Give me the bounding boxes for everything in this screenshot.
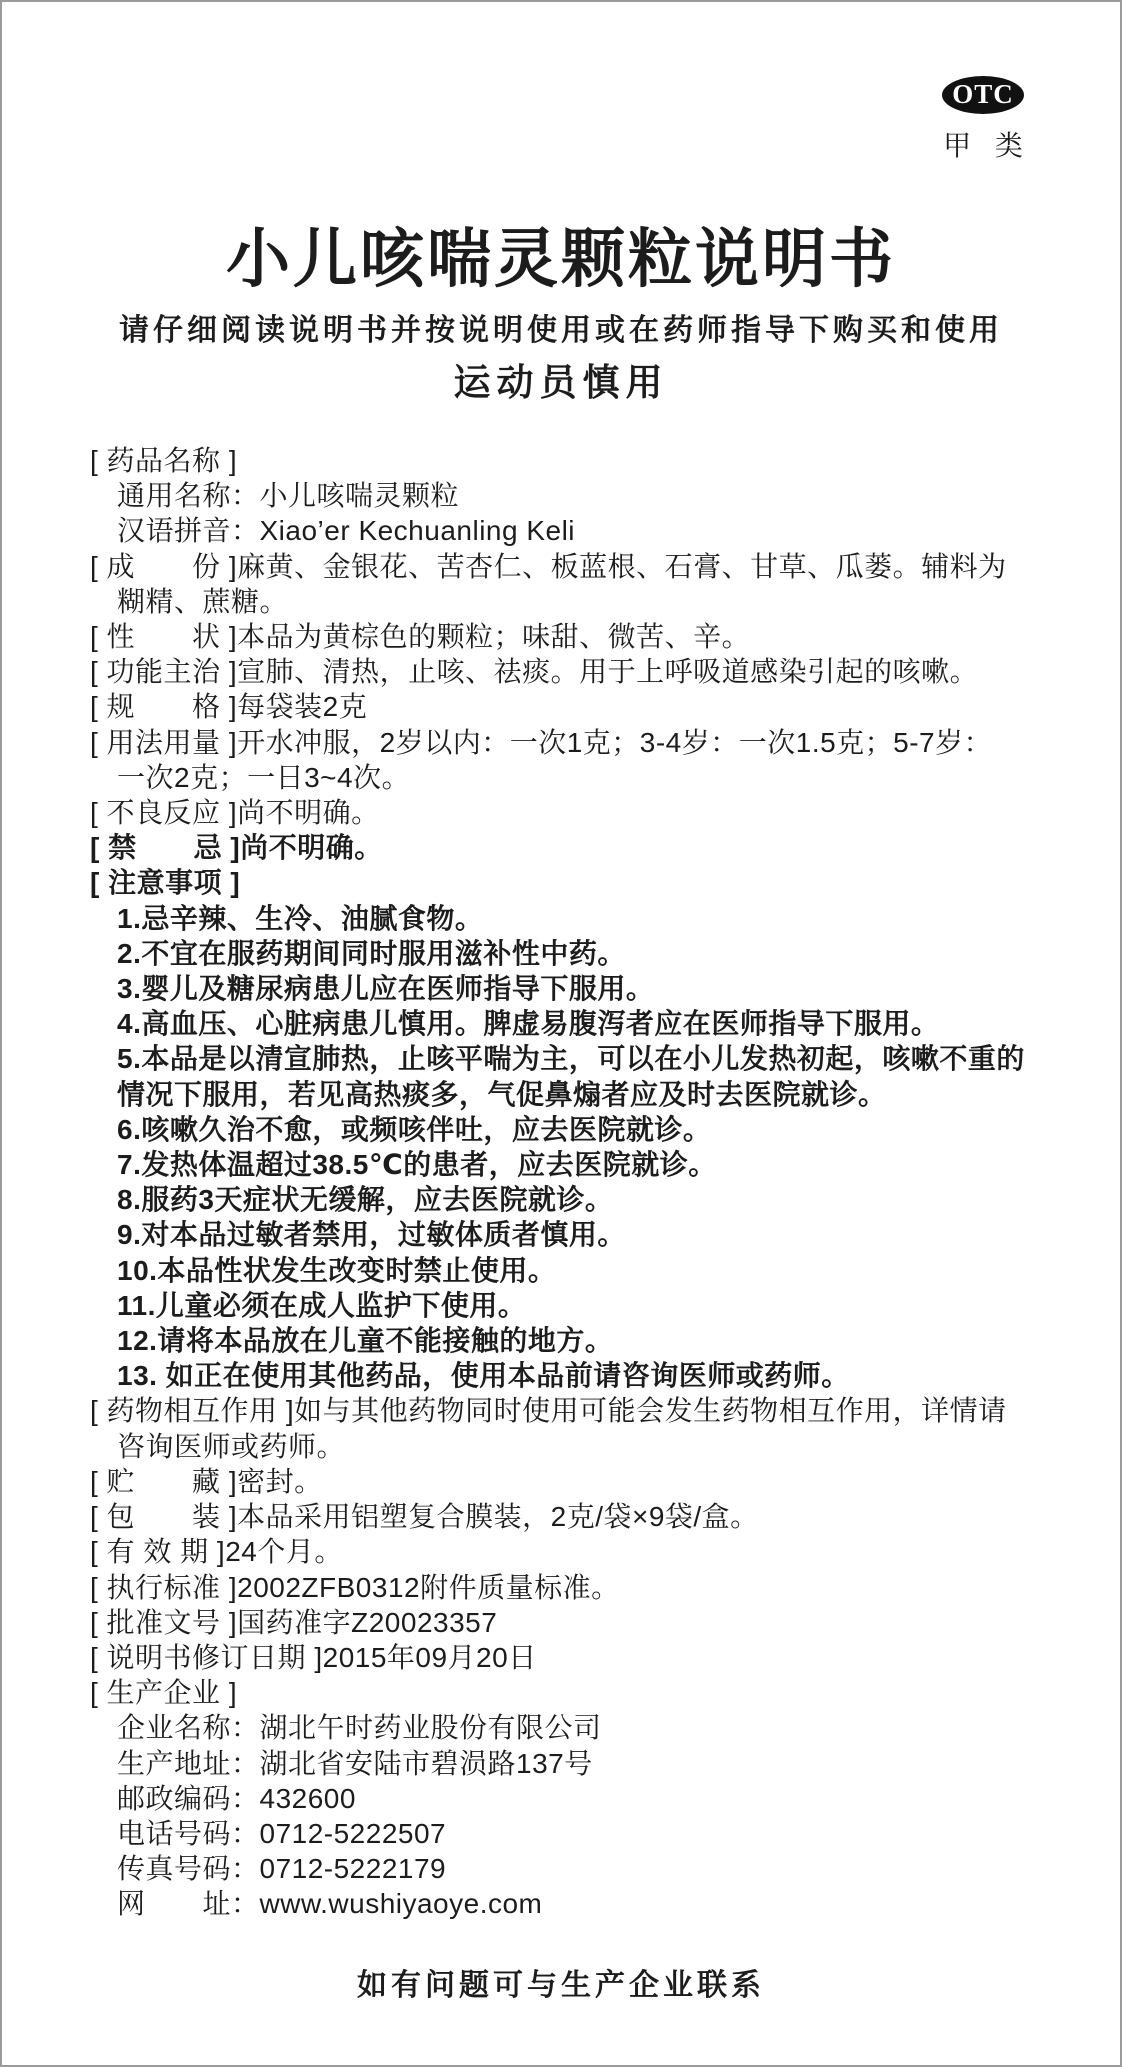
insert-line: [ 批准文号 ]国药准字Z20023357	[90, 1605, 1042, 1640]
insert-line: 咨询医师或药师。	[90, 1429, 1042, 1464]
section-label: [ 性 状 ]	[90, 621, 237, 652]
line-text: 生产地址：湖北省安陆市碧涢路137号	[117, 1748, 593, 1779]
line-text: 6.咳嗽久治不愈，或频咳伴吐，应去医院就诊。	[117, 1114, 711, 1145]
line-text: 7.发热体温超过38.5℃的患者，应去医院就诊。	[117, 1149, 717, 1180]
insert-line: 企业名称：湖北午时药业股份有限公司	[90, 1710, 1042, 1745]
insert-line: 3.婴儿及糖尿病患儿应在医师指导下服用。	[90, 971, 1042, 1006]
insert-line: 电话号码：0712-5222507	[90, 1816, 1042, 1851]
line-text: 传真号码：0712-5222179	[117, 1853, 446, 1884]
section-label: [ 生产企业 ]	[90, 1677, 237, 1708]
section-label: [ 不良反应 ]	[90, 797, 237, 828]
line-text: 电话号码：0712-5222507	[117, 1818, 446, 1849]
line-text: 咨询医师或药师。	[117, 1431, 345, 1462]
insert-line: [ 不良反应 ]尚不明确。	[90, 795, 1042, 830]
insert-line: [ 禁 忌 ]尚不明确。	[90, 830, 1042, 865]
page-title: 小儿咳喘灵颗粒说明书	[2, 208, 1120, 300]
line-text: 13. 如正在使用其他药品，使用本品前请咨询医师或药师。	[117, 1360, 850, 1391]
insert-line: [ 执行标准 ]2002ZFB0312附件质量标准。	[90, 1570, 1042, 1605]
insert-line: 2.不宜在服药期间同时服用滋补性中药。	[90, 936, 1042, 971]
insert-line: 5.本品是以清宣肺热，止咳平喘为主，可以在小儿发热初起，咳嗽不重的	[90, 1041, 1042, 1076]
line-text: 邮政编码：432600	[117, 1783, 356, 1814]
line-text: 1.忌辛辣、生冷、油腻食物。	[117, 903, 483, 934]
footer-note: 如有问题可与生产企业联系	[2, 1960, 1120, 2004]
line-text: 麻黄、金银花、苦杏仁、板蓝根、石膏、甘草、瓜蒌。辅料为	[237, 551, 1007, 582]
section-label: [ 禁 忌 ]	[90, 832, 240, 863]
line-text: 2002ZFB0312附件质量标准。	[237, 1572, 619, 1603]
line-text: 2.不宜在服药期间同时服用滋补性中药。	[117, 938, 626, 969]
insert-line: [ 用法用量 ]开水冲服，2岁以内：一次1克；3-4岁：一次1.5克；5-7岁：	[90, 725, 1042, 760]
section-label: [ 规 格 ]	[90, 691, 237, 722]
section-label: [ 贮 藏 ]	[90, 1466, 237, 1497]
section-label: [ 药品名称 ]	[90, 445, 237, 476]
insert-body: [ 药品名称 ]通用名称：小儿咳喘灵颗粒汉语拼音：Xiao’er Kechuan…	[90, 443, 1042, 1922]
line-text: 通用名称：小儿咳喘灵颗粒	[117, 480, 459, 511]
insert-line: [ 功能主治 ]宣肺、清热，止咳、祛痰。用于上呼吸道感染引起的咳嗽。	[90, 654, 1042, 689]
insert-line: 糊精、蔗糖。	[90, 584, 1042, 619]
insert-line: 13. 如正在使用其他药品，使用本品前请咨询医师或药师。	[90, 1358, 1042, 1393]
otc-block: OTC 甲 类	[928, 76, 1038, 164]
insert-line: [ 贮 藏 ]密封。	[90, 1464, 1042, 1499]
insert-line: 一次2克；一日3~4次。	[90, 760, 1042, 795]
insert-line: 9.对本品过敏者禁用，过敏体质者慎用。	[90, 1217, 1042, 1252]
line-text: 11.儿童必须在成人监护下使用。	[117, 1290, 526, 1321]
insert-line: [ 包 装 ]本品采用铝塑复合膜装，2克/袋×9袋/盒。	[90, 1499, 1042, 1534]
line-text: 本品为黄棕色的颗粒；味甜、微苦、辛。	[237, 621, 750, 652]
line-text: 国药准字Z20023357	[237, 1607, 497, 1638]
insert-line: [ 成 份 ]麻黄、金银花、苦杏仁、板蓝根、石膏、甘草、瓜蒌。辅料为	[90, 549, 1042, 584]
insert-line: [ 有 效 期 ]24个月。	[90, 1534, 1042, 1569]
section-label: [ 包 装 ]	[90, 1501, 237, 1532]
line-text: 4.高血压、心脏病患儿慎用。脾虚易腹泻者应在医师指导下服用。	[117, 1008, 939, 1039]
line-text: 一次2克；一日3~4次。	[117, 762, 410, 793]
otc-badge: OTC	[942, 76, 1024, 114]
insert-line: 8.服药3天症状无缓解，应去医院就诊。	[90, 1182, 1042, 1217]
insert-line: 11.儿童必须在成人监护下使用。	[90, 1288, 1042, 1323]
insert-line: 情况下服用，若见高热痰多，气促鼻煽者应及时去医院就诊。	[90, 1077, 1042, 1112]
section-label: [ 批准文号 ]	[90, 1607, 237, 1638]
line-text: 开水冲服，2岁以内：一次1克；3-4岁：一次1.5克；5-7岁：	[237, 727, 992, 758]
line-text: 汉语拼音：Xiao’er Kechuanling Keli	[117, 515, 575, 546]
line-text: 尚不明确。	[240, 832, 383, 863]
insert-line: 12.请将本品放在儿童不能接触的地方。	[90, 1323, 1042, 1358]
insert-line: [ 药物相互作用 ]如与其他药物同时使用可能会发生药物相互作用，详情请	[90, 1393, 1042, 1428]
athlete-warning: 运动员慎用	[2, 352, 1120, 406]
section-label: [ 注意事项 ]	[90, 867, 240, 898]
section-label: [ 药物相互作用 ]	[90, 1395, 294, 1426]
insert-line: 汉语拼音：Xiao’er Kechuanling Keli	[90, 513, 1042, 548]
otc-class-label: 甲 类	[928, 124, 1046, 164]
line-text: 2015年09月20日	[323, 1642, 537, 1673]
line-text: 网 址：www.wushiyaoye.com	[117, 1888, 542, 1919]
insert-line: [ 生产企业 ]	[90, 1675, 1042, 1710]
insert-line: [ 规 格 ]每袋装2克	[90, 689, 1042, 724]
insert-line: 10.本品性状发生改变时禁止使用。	[90, 1253, 1042, 1288]
section-label: [ 执行标准 ]	[90, 1572, 237, 1603]
insert-line: 通用名称：小儿咳喘灵颗粒	[90, 478, 1042, 513]
line-text: 宣肺、清热，止咳、祛痰。用于上呼吸道感染引起的咳嗽。	[237, 656, 978, 687]
line-text: 3.婴儿及糖尿病患儿应在医师指导下服用。	[117, 973, 654, 1004]
insert-line: 6.咳嗽久治不愈，或频咳伴吐，应去医院就诊。	[90, 1112, 1042, 1147]
section-label: [ 有 效 期 ]	[90, 1536, 225, 1567]
line-text: 本品采用铝塑复合膜装，2克/袋×9袋/盒。	[237, 1501, 759, 1532]
line-text: 如与其他药物同时使用可能会发生药物相互作用，详情请	[294, 1395, 1007, 1426]
otc-badge-label: OTC	[952, 81, 1014, 110]
line-text: 10.本品性状发生改变时禁止使用。	[117, 1255, 556, 1286]
insert-line: 传真号码：0712-5222179	[90, 1851, 1042, 1886]
insert-line: [ 药品名称 ]	[90, 443, 1042, 478]
section-label: [ 成 份 ]	[90, 551, 237, 582]
line-text: 企业名称：湖北午时药业股份有限公司	[117, 1712, 602, 1743]
line-text: 12.请将本品放在儿童不能接触的地方。	[117, 1325, 613, 1356]
line-text: 糊精、蔗糖。	[117, 586, 288, 617]
insert-line: 4.高血压、心脏病患儿慎用。脾虚易腹泻者应在医师指导下服用。	[90, 1006, 1042, 1041]
insert-line: [ 注意事项 ]	[90, 865, 1042, 900]
line-text: 尚不明确。	[237, 797, 380, 828]
insert-line: 邮政编码：432600	[90, 1781, 1042, 1816]
insert-line: 生产地址：湖北省安陆市碧涢路137号	[90, 1746, 1042, 1781]
insert-line: [ 说明书修订日期 ]2015年09月20日	[90, 1640, 1042, 1675]
line-text: 每袋装2克	[237, 691, 367, 722]
section-label: [ 用法用量 ]	[90, 727, 237, 758]
insert-line: 网 址：www.wushiyaoye.com	[90, 1886, 1042, 1921]
line-text: 9.对本品过敏者禁用，过敏体质者慎用。	[117, 1219, 626, 1250]
insert-line: 7.发热体温超过38.5℃的患者，应去医院就诊。	[90, 1147, 1042, 1182]
line-text: 5.本品是以清宣肺热，止咳平喘为主，可以在小儿发热初起，咳嗽不重的	[117, 1043, 1025, 1074]
insert-line: [ 性 状 ]本品为黄棕色的颗粒；味甜、微苦、辛。	[90, 619, 1042, 654]
line-text: 密封。	[237, 1466, 323, 1497]
insert-line: 1.忌辛辣、生冷、油腻食物。	[90, 901, 1042, 936]
section-label: [ 功能主治 ]	[90, 656, 237, 687]
drug-insert-page: OTC 甲 类 小儿咳喘灵颗粒说明书 请仔细阅读说明书并按说明使用或在药师指导下…	[0, 0, 1122, 2067]
line-text: 24个月。	[225, 1536, 343, 1567]
line-text: 8.服药3天症状无缓解，应去医院就诊。	[117, 1184, 613, 1215]
read-carefully-notice: 请仔细阅读说明书并按说明使用或在药师指导下购买和使用	[2, 305, 1120, 349]
line-text: 情况下服用，若见高热痰多，气促鼻煽者应及时去医院就诊。	[117, 1079, 887, 1110]
section-label: [ 说明书修订日期 ]	[90, 1642, 323, 1673]
